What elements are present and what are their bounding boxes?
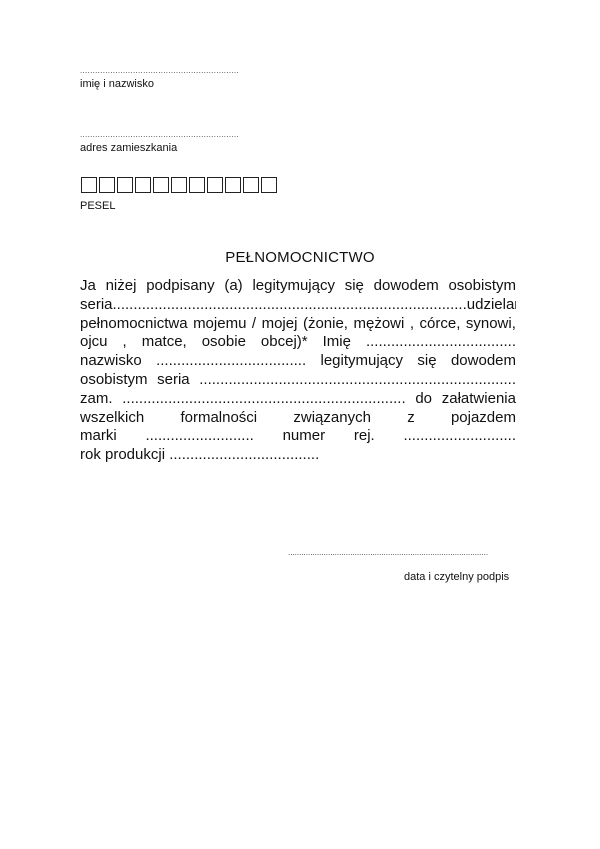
- body-line: nazwisko................................…: [80, 352, 516, 371]
- word: z: [407, 409, 415, 428]
- word: osobistym: [448, 277, 516, 296]
- word: mojej: [262, 315, 298, 334]
- word: osobie: [202, 333, 246, 352]
- word: zam.: [80, 390, 113, 409]
- word: Ja: [80, 277, 96, 296]
- word: /: [252, 315, 256, 334]
- word: niżej: [106, 277, 137, 296]
- word: pełnomocnictwa: [80, 315, 188, 334]
- word: pojazdem: [451, 409, 516, 428]
- name-field-label: imię i nazwisko: [80, 78, 154, 91]
- address-field-line[interactable]: ........................................…: [80, 130, 268, 140]
- word: matce,: [142, 333, 187, 352]
- document-title: PEŁNOMOCNICTWO: [0, 249, 600, 266]
- pesel-label: PESEL: [80, 200, 115, 213]
- body-line: zam.....................................…: [80, 390, 516, 409]
- word: nazwisko: [80, 352, 142, 371]
- pesel-digit-box[interactable]: [261, 177, 277, 193]
- word: się: [417, 352, 436, 371]
- fill-in-blank[interactable]: ..........................: [145, 427, 253, 446]
- word: mojemu: [193, 315, 246, 334]
- word: rej.: [354, 427, 375, 446]
- word: numer: [283, 427, 326, 446]
- fill-in-blank[interactable]: ....................................: [156, 352, 306, 371]
- word: wszelkich: [80, 409, 144, 428]
- word: się: [345, 277, 364, 296]
- pesel-digit-box[interactable]: [225, 177, 241, 193]
- word: załatwienia: [442, 390, 516, 409]
- word: legitymujący: [320, 352, 403, 371]
- word: podpisany: [146, 277, 214, 296]
- body-line: ojcu,matce,osobieobcej)*Imię............…: [80, 333, 516, 352]
- word: udzielam: [467, 296, 516, 315]
- pesel-digit-box[interactable]: [99, 177, 115, 193]
- word: osobistym: [80, 371, 148, 390]
- body-line: seria...................................…: [80, 296, 516, 315]
- fill-in-blank[interactable]: ...........................: [403, 427, 516, 446]
- fill-in-blank[interactable]: ........................................…: [199, 371, 516, 390]
- signature-line[interactable]: ........................................…: [288, 548, 516, 558]
- body-line: wszelkichformalnościzwiązanychzpojazdem: [80, 409, 516, 428]
- word: dowodem: [451, 352, 516, 371]
- address-field-label: adres zamieszkania: [80, 142, 177, 155]
- pesel-digit-box[interactable]: [171, 177, 187, 193]
- pesel-digit-box[interactable]: [189, 177, 205, 193]
- word: (a): [224, 277, 242, 296]
- body-line: osobistymseria..........................…: [80, 371, 516, 390]
- word: seria: [80, 296, 113, 315]
- body-line: pełnomocnictwamojemu/mojej(żonie,mężowi,…: [80, 315, 516, 334]
- word: (żonie,: [303, 315, 348, 334]
- document-body: Janiżejpodpisany(a)legitymującysiędowode…: [80, 277, 516, 465]
- name-field-line[interactable]: ........................................…: [80, 66, 268, 76]
- word: związanych: [293, 409, 371, 428]
- word: ,: [123, 333, 127, 352]
- pesel-digit-box[interactable]: [81, 177, 97, 193]
- word: córce,: [420, 315, 461, 334]
- word: obcej)*: [261, 333, 308, 352]
- pesel-digit-box[interactable]: [135, 177, 151, 193]
- document-page: ........................................…: [0, 0, 600, 849]
- word: formalności: [180, 409, 257, 428]
- word: ojcu: [80, 333, 108, 352]
- word: ,: [410, 315, 414, 334]
- pesel-digit-box[interactable]: [117, 177, 133, 193]
- signature-label: data i czytelny podpis: [404, 571, 509, 584]
- pesel-digit-box[interactable]: [243, 177, 259, 193]
- body-line: Janiżejpodpisany(a)legitymującysiędowode…: [80, 277, 516, 296]
- word: do: [415, 390, 432, 409]
- body-line: rok produkcji ..........................…: [80, 446, 516, 465]
- word: legitymujący: [252, 277, 335, 296]
- word: mężowi: [353, 315, 404, 334]
- word: Imię: [323, 333, 351, 352]
- word: marki: [80, 427, 117, 446]
- pesel-digit-box[interactable]: [207, 177, 223, 193]
- pesel-digit-box[interactable]: [153, 177, 169, 193]
- fill-in-blank[interactable]: ....................................: [366, 333, 516, 352]
- word: dowodem: [374, 277, 439, 296]
- pesel-boxes: [81, 177, 277, 193]
- body-line: marki..........................numerrej.…: [80, 427, 516, 446]
- fill-in-blank[interactable]: ........................................…: [122, 390, 405, 409]
- fill-in-blank[interactable]: ........................................…: [113, 296, 467, 315]
- word: synowi,: [466, 315, 516, 334]
- word: seria: [157, 371, 190, 390]
